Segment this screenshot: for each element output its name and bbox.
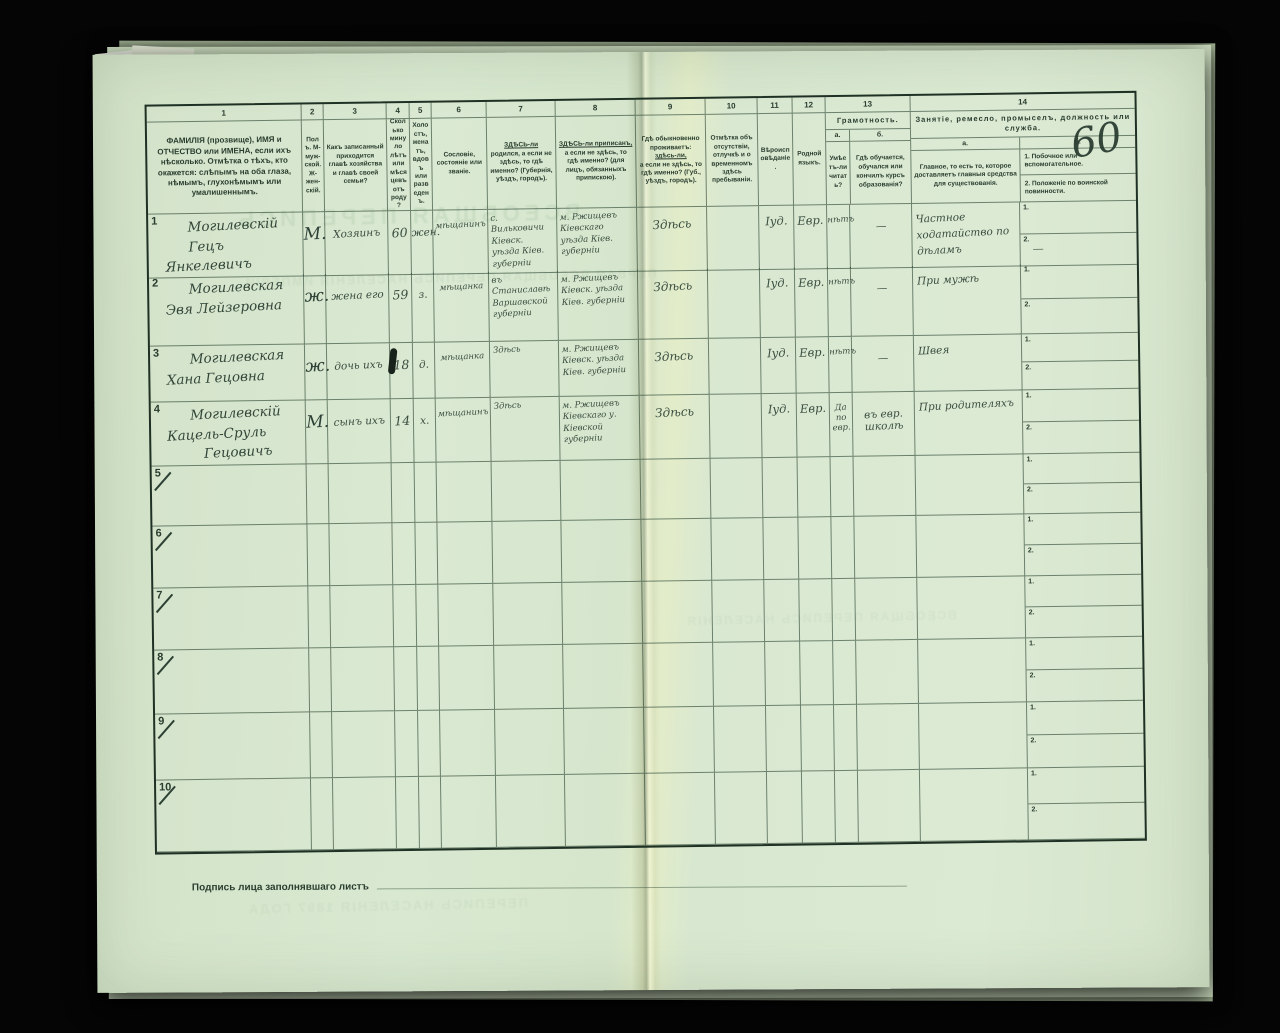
cell-marital: з. <box>412 273 435 343</box>
cell-language <box>799 579 833 641</box>
cell-religion <box>764 580 800 642</box>
handwritten-entry: ж. <box>304 344 327 377</box>
header-estate: Сословіе, состояніе или званіе. <box>432 118 488 211</box>
cell-age <box>394 647 418 711</box>
col-number-4: 4 <box>387 103 410 119</box>
handwritten-entry: жена его <box>325 272 388 303</box>
row-number-crossed: 9 <box>158 715 164 727</box>
col-number-7: 7 <box>487 101 556 118</box>
cell-occupation: Частное ходатайство по дѣламъ <box>912 202 1021 268</box>
row-number: 3 <box>153 347 159 359</box>
cell-occupation <box>916 454 1025 516</box>
handwritten-entry: Здѣсь <box>637 206 707 233</box>
cell-religion <box>763 458 799 518</box>
handwritten-entry: При мужѣ <box>912 263 1020 298</box>
handwritten-name: МогилевскаяЭвя Лейзеровна <box>162 275 304 321</box>
header-occupation-group: Занятіе, ремесло, промыселъ, должность и… <box>911 109 1136 204</box>
cell-relation <box>330 585 394 648</box>
handwritten-entry: — <box>1032 235 1134 255</box>
cell-education <box>854 456 917 517</box>
cell-name: 9 <box>155 712 311 780</box>
cell-estate: мѣщанинъ <box>433 210 489 275</box>
cell-language <box>800 641 834 705</box>
cell-registered <box>562 582 643 645</box>
cell-absence <box>708 268 761 339</box>
cell-sex: М. <box>303 212 326 277</box>
header-absence: Отмѣтка объ отсутствіи, отлучкѣ и о врем… <box>706 114 759 207</box>
cell-language <box>801 705 835 771</box>
cell-name: 2МогилевскаяЭвя Лейзеровна <box>149 274 305 346</box>
col-number-2: 2 <box>302 104 324 120</box>
row-number-crossed: 10 <box>159 781 171 793</box>
cell-education <box>858 770 921 843</box>
sub-row-label: 1. <box>1025 336 1031 343</box>
handwritten-entry: — <box>851 335 913 366</box>
handwritten-entry: Хозяинъ <box>325 210 388 241</box>
sub-row-label: 2. <box>1024 301 1030 308</box>
handwritten-entry: мѣщанка <box>435 341 490 364</box>
row-number-crossed: 8 <box>157 651 163 663</box>
cell-marital <box>419 777 442 849</box>
sub-row-label: 2. <box>1031 806 1037 813</box>
cell-registered <box>561 520 642 583</box>
cell-estate: мѣщанка <box>435 342 491 399</box>
header-birthplace: ЗДѢСЬ-ли родился, а если не здѣсь, то гд… <box>487 117 557 210</box>
cell-residence <box>641 519 712 582</box>
cell-registered: м. Ржищевъ Кіевск. уѣзда Кіев. губерніи <box>559 340 640 397</box>
handwritten-entry: Іуд. <box>760 337 795 361</box>
cell-occupation <box>917 576 1026 640</box>
handwritten-name: МогилевскійКацель-СрульГецовичъ <box>164 401 307 466</box>
cell-education: въ евр. школѣ <box>853 392 916 457</box>
cell-occupation: При мужѣ <box>913 264 1022 336</box>
cell-registered: м. Ржищевъ Кіевскаго у. Кіевской губерні… <box>560 396 641 461</box>
cell-estate <box>437 522 493 585</box>
cell-registered <box>561 460 642 521</box>
header-age: Сколько минуло лѣтъ или мѣсяцевъ отъ род… <box>387 119 411 211</box>
sub-row-label: 1. <box>1026 392 1032 399</box>
cell-relation: дочь ихъ <box>327 343 391 400</box>
handwritten-entry: Здѣсь <box>490 396 559 417</box>
cell-religion <box>765 642 801 706</box>
handwritten-entry: Здѣсь <box>638 338 708 365</box>
header-secondary-occupation: 1. Побочное или вспомогательное. <box>1020 147 1135 175</box>
cell-side: 1.2. <box>1024 513 1141 577</box>
cell-birthplace: с. Вильковичи Кіевск. уѣзда Кіев. губерн… <box>488 209 558 274</box>
col-number-5: 5 <box>410 103 432 119</box>
cell-estate <box>438 584 494 647</box>
handwritten-entry: М. <box>303 212 326 245</box>
handwritten-entry: з. <box>411 272 433 301</box>
cell-estate <box>440 710 496 777</box>
header-military-status: 2. Положеніе по воинской повинности. <box>1021 174 1136 201</box>
header-sub-label-a: а. <box>826 130 849 142</box>
cell-relation: жена его <box>326 273 390 344</box>
cell-name: 4МогилевскійКацель-СрульГецовичъ <box>151 400 307 466</box>
handwritten-entry: 59 <box>388 273 411 303</box>
col-number-6: 6 <box>432 102 487 119</box>
handwritten-entry: Іуд. <box>761 393 796 417</box>
header-relation: Какъ записанный приходится главѣ хозяйст… <box>324 119 388 212</box>
cell-birthplace <box>494 645 564 710</box>
sub-row-label: 2. <box>1030 737 1036 744</box>
row-number: 1 <box>151 215 157 227</box>
cell-occupation <box>916 514 1025 578</box>
cell-literacy <box>832 579 856 641</box>
cell-literacy <box>831 457 855 517</box>
header-literacy-group: Грамотность. а. Умѣетъ-ли читать? б. Гдѣ… <box>826 112 912 205</box>
cell-absence <box>710 394 763 459</box>
cell-absence <box>712 580 765 643</box>
cell-language <box>798 517 832 579</box>
cell-age <box>392 463 416 523</box>
cell-residence: Здѣсь <box>640 395 711 460</box>
cell-birthplace: въ Станиславѣ Варшавской губерніи <box>489 271 559 342</box>
header-language: Родной языкъ. <box>793 113 827 205</box>
cell-relation: Хозяинъ <box>325 211 389 276</box>
cell-education <box>856 640 919 705</box>
cell-occupation: При родителяхъ <box>915 390 1024 456</box>
cell-marital: д. <box>413 343 436 399</box>
handwritten-entry: сынъ ихъ <box>327 398 390 429</box>
census-sheet: ВСЕОБЩАЯ ПЕРЕПИСЬ ПЕРВАЯ ВСЕОБЩАЯ ПЕРЕПИ… <box>93 49 1210 993</box>
cell-sex <box>311 778 334 850</box>
sub-row-label: 2. <box>1029 609 1035 616</box>
header-literacy-title: Грамотность. <box>826 112 910 130</box>
bleedthrough-text: ПЕРЕПИСЬ НАСЕЛЕНІЯ 1897 ГОДА <box>247 895 528 916</box>
col-number-8: 8 <box>556 100 636 117</box>
handwritten-entry: При родителяхъ <box>914 389 1022 424</box>
cell-estate <box>439 646 495 711</box>
cell-religion: Іуд. <box>762 394 798 458</box>
handwritten-entry: — <box>850 203 912 234</box>
sub-row-label: 2. <box>1030 672 1036 679</box>
header-can-read: Умѣетъ-ли читать? <box>826 142 850 204</box>
cell-education <box>857 704 920 771</box>
cell-marital: жен. <box>411 211 434 276</box>
cell-age: 59 <box>389 273 413 343</box>
cell-side: 1.2. <box>1026 637 1143 703</box>
cell-absence <box>709 338 762 395</box>
cell-religion: Іуд. <box>759 206 795 271</box>
cell-estate <box>441 776 497 849</box>
cell-marital: х. <box>414 399 437 463</box>
sub-row-label: 2. <box>1027 486 1033 493</box>
cell-literacy: нѣтъ <box>829 337 853 393</box>
cell-birthplace <box>492 521 562 584</box>
sub-row-label: 2. <box>1026 424 1032 431</box>
cell-literacy <box>834 705 858 771</box>
row-number-crossed: 5 <box>155 467 161 479</box>
cell-absence <box>713 642 766 707</box>
cell-education: — <box>852 336 915 393</box>
cell-marital <box>417 647 440 711</box>
cell-sex: М. <box>306 400 329 464</box>
cell-birthplace <box>492 461 562 522</box>
cell-religion <box>763 518 799 580</box>
handwritten-entry: дочь ихъ <box>326 342 389 373</box>
handwritten-entry: х. <box>413 398 435 427</box>
census-table: 1 2 3 4 5 6 7 8 9 10 11 12 13 14 ФАМИЛІЯ… <box>145 91 1147 855</box>
header-religion: Вѣроисповѣданіе. <box>758 114 794 206</box>
sub-row-label: 1. <box>1023 204 1029 211</box>
cell-sex <box>307 464 330 524</box>
cell-birthplace <box>495 709 565 776</box>
sub-row-label: 1. <box>1029 640 1035 647</box>
col-number-13: 13 <box>826 96 911 113</box>
col-number-12: 12 <box>793 97 826 113</box>
cell-literacy <box>833 641 857 705</box>
handwritten-entry: м. Ржищевъ Кіевскаго уѣзда Кіев. губерні… <box>556 206 637 262</box>
cell-occupation: Швея <box>914 334 1023 392</box>
handwritten-entry: Евр. <box>795 337 828 361</box>
signature-line <box>377 886 907 890</box>
cell-sex <box>308 586 331 648</box>
cell-age <box>396 777 420 849</box>
handwritten-entry: Здѣсь <box>639 394 709 421</box>
handwritten-entry: Евр. <box>796 393 829 417</box>
col-number-11: 11 <box>758 98 793 114</box>
cell-education: — <box>850 204 913 269</box>
handwritten-entry: въ Станиславѣ Варшавской губерніи <box>488 270 558 325</box>
cell-relation <box>329 523 393 586</box>
sub-row-label: 1. <box>1027 516 1033 523</box>
row-number-crossed: 7 <box>156 589 162 601</box>
col-number-9: 9 <box>636 99 706 116</box>
cell-side: 1.2.— <box>1020 201 1137 267</box>
handwritten-entry: д. <box>412 342 434 371</box>
sub-row-label: 1. <box>1031 770 1037 777</box>
cell-literacy: Да по евр. <box>830 393 854 457</box>
cell-absence <box>715 772 768 845</box>
handwritten-entry: ж. <box>303 274 326 307</box>
handwritten-entry: Іуд. <box>759 205 794 229</box>
handwritten-entry: — <box>850 265 912 296</box>
sub-row-label: 1. <box>1027 456 1033 463</box>
handwritten-entry: м. Ржищевъ Кіевскаго у. Кіевской губерні… <box>559 394 640 450</box>
header-residence: Гдѣ обыкновенно проживаетъ: здѣсь-ли, а … <box>636 115 707 208</box>
handwritten-entry: Да по евр. <box>829 392 853 433</box>
table-row: 101.2. <box>156 767 1145 853</box>
handwritten-entry: м. Ржищевъ Кіевск. уѣзда Кіев. губерніи <box>558 338 639 382</box>
cell-language: Евр. <box>795 267 829 337</box>
cell-birthplace: Здѣсь <box>491 397 561 462</box>
row-number-crossed: 6 <box>155 527 161 539</box>
cell-language: Евр. <box>797 393 831 457</box>
handwritten-entry: Частное ходатайство по дѣламъ <box>911 201 1021 267</box>
handwritten-entry: Іуд. <box>760 267 795 291</box>
cell-age: 14 <box>391 399 415 463</box>
cell-religion <box>767 772 803 844</box>
handwritten-entry: Евр. <box>795 267 828 291</box>
cell-side: 1.2. <box>1021 263 1138 335</box>
cell-relation <box>333 777 397 850</box>
cell-side: 1.2. <box>1027 701 1144 769</box>
cell-literacy <box>835 771 859 843</box>
handwritten-entry: 14 <box>390 399 413 429</box>
cell-residence: Здѣсь <box>639 339 710 396</box>
cell-occupation <box>920 768 1029 842</box>
handwritten-name: Могилевскій ГецъЯнкелевичъ <box>161 213 304 278</box>
cell-relation: сынъ ихъ <box>328 399 392 464</box>
cell-name: 3МогилевскаяХана Гецовна <box>150 344 306 402</box>
cell-residence <box>643 643 714 708</box>
cell-literacy: нѣтъ <box>827 205 851 270</box>
handwritten-entry: въ евр. школѣ <box>852 391 915 434</box>
handwritten-entry: мѣщанинъ <box>433 209 488 232</box>
cell-residence: Здѣсь <box>638 269 709 340</box>
header-name: ФАМИЛІЯ (прозвище), ИМЯ и ОТЧЕСТВО или И… <box>147 120 303 214</box>
sub-row-label: 1. <box>1030 704 1036 711</box>
cell-relation <box>329 463 393 524</box>
signature-label: Подпись лица заполнявшаго листъ <box>192 881 369 893</box>
header-registered: ЗДѢСЬ-ли приписанъ, а если не здѣсь, то … <box>556 116 637 209</box>
cell-absence <box>711 518 764 581</box>
cell-relation <box>332 711 396 778</box>
cell-side: 1.2. <box>1022 333 1139 391</box>
cell-marital <box>418 711 441 777</box>
cell-estate: мѣщанинъ <box>436 398 492 463</box>
cell-registered <box>563 644 644 709</box>
cell-registered: м. Ржищевъ Кіевскаго уѣзда Кіев. губерні… <box>557 208 638 273</box>
header-occupation-title: Занятіе, ремесло, промыселъ, должность и… <box>911 109 1135 139</box>
cell-name: 6 <box>152 524 308 588</box>
header-education: Гдѣ обучается, обучался или кончилъ курс… <box>850 141 911 204</box>
row-number: 2 <box>152 277 158 289</box>
cell-sex <box>310 712 333 778</box>
sub-row-label: 1. <box>1024 266 1030 273</box>
sub-row-label: 1. <box>1028 578 1034 585</box>
cell-estate <box>437 462 493 523</box>
cell-sex: ж. <box>305 344 328 400</box>
table-header: 1 2 3 4 5 6 7 8 9 10 11 12 13 14 ФАМИЛІЯ… <box>147 93 1136 215</box>
cell-name: 8 <box>154 648 310 714</box>
cell-residence <box>644 707 715 774</box>
handwritten-entry: нѣтъ <box>828 266 851 287</box>
cell-absence <box>707 206 760 271</box>
handwritten-entry: Швея <box>913 333 1021 368</box>
handwritten-entry: 60 <box>388 211 411 241</box>
header-main-occupation: Главное, то есть то, которое доставляетъ… <box>911 149 1020 203</box>
handwritten-entry: Евр. <box>794 205 827 229</box>
sub-row-label: 2. <box>1025 364 1031 371</box>
sub-row-label: 2. <box>1023 236 1029 243</box>
cell-marital <box>416 585 439 647</box>
cell-birthplace <box>496 775 566 848</box>
cell-name: 7 <box>153 586 309 650</box>
cell-marital <box>415 523 438 585</box>
cell-estate: мѣщанка <box>434 272 490 343</box>
cell-language: Евр. <box>796 337 830 393</box>
cell-education: — <box>851 266 914 337</box>
handwritten-entry: Здѣсь <box>490 340 559 361</box>
cell-name: 10 <box>156 778 312 852</box>
cell-literacy <box>831 517 855 579</box>
cell-absence <box>711 458 764 519</box>
cell-registered: м. Ржищевъ Кіевск. уѣзда Кіев. губерніи <box>558 270 639 341</box>
cell-occupation <box>919 702 1028 770</box>
cell-language <box>798 457 832 517</box>
cell-education <box>855 578 918 641</box>
col-number-3: 3 <box>324 103 387 120</box>
handwritten-entry: М. <box>305 400 328 433</box>
cell-relation <box>331 647 395 712</box>
cell-name: 1Могилевскій ГецъЯнкелевичъ <box>148 212 304 279</box>
cell-registered <box>564 708 645 775</box>
cell-sex <box>307 524 330 586</box>
cell-birthplace <box>493 583 563 646</box>
cell-side: 1.2. <box>1028 767 1145 841</box>
table-body: 1Могилевскій ГецъЯнкелевичъМ.Хозяинъ60же… <box>148 201 1145 853</box>
cell-sex <box>309 648 332 712</box>
cell-residence: Здѣсь <box>637 207 708 272</box>
cell-age <box>392 523 416 585</box>
col-number-10: 10 <box>706 98 758 115</box>
handwritten-entry: м. Ржищевъ Кіевск. уѣзда Кіев. губерніи <box>557 268 638 312</box>
sub-row-label: 2. <box>1028 547 1034 554</box>
handwritten-entry: мѣщанка <box>434 271 489 294</box>
handwritten-entry: Здѣсь <box>638 268 708 295</box>
cell-religion: Іуд. <box>761 338 797 394</box>
cell-absence <box>714 706 767 773</box>
cell-language <box>802 771 836 843</box>
cell-residence <box>642 581 713 644</box>
cell-education <box>854 516 917 579</box>
row-number: 4 <box>154 403 160 415</box>
cell-age <box>393 585 417 647</box>
cell-sex: ж. <box>304 274 327 344</box>
handwritten-entry: мѣщанинъ <box>435 397 490 420</box>
cell-registered <box>565 774 646 847</box>
handwritten-name: МогилевскаяХана Гецовна <box>163 345 305 391</box>
cell-religion: Іуд. <box>760 268 796 338</box>
cell-side: 1.2. <box>1025 575 1142 639</box>
cell-name: 5 <box>152 464 308 526</box>
cell-age <box>395 711 419 777</box>
cell-religion <box>766 706 802 772</box>
cell-side: 1.2. <box>1023 389 1140 455</box>
header-sub-label-b: б. <box>850 129 910 142</box>
cell-side: 1.2. <box>1024 453 1141 515</box>
handwritten-entry: жен. <box>411 210 433 239</box>
cell-birthplace: Здѣсь <box>490 341 560 398</box>
cell-residence <box>641 459 712 520</box>
header-marital: Холостъ, женатъ, вдовъ или разведенъ. <box>410 119 433 211</box>
header-sex: Полъ. М-муж-ской. Ж-жен-скій. <box>302 120 325 212</box>
handwritten-entry: нѣтъ <box>829 336 852 357</box>
cell-language: Евр. <box>794 205 828 270</box>
cell-marital <box>415 463 438 523</box>
handwritten-entry: с. Вильковичи Кіевск. уѣзда Кіев. губерн… <box>487 208 558 275</box>
handwritten-entry: нѣтъ <box>827 204 850 225</box>
cell-residence <box>645 773 716 846</box>
cell-occupation <box>918 638 1027 704</box>
signature-row: Подпись лица заполнявшаго листъ <box>192 879 907 894</box>
cell-age: 60 <box>388 211 412 276</box>
cell-literacy: нѣтъ <box>828 267 852 337</box>
